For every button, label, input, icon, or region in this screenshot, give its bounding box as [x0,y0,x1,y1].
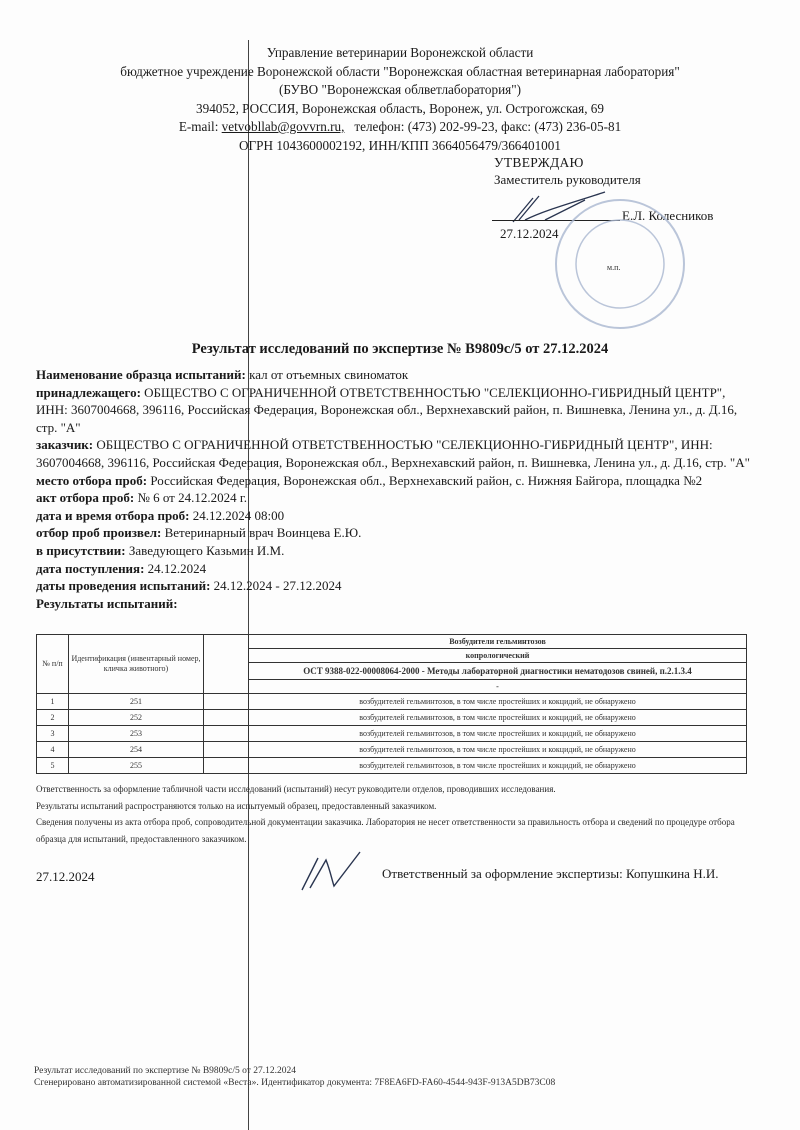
letterhead: Управление ветеринарии Воронежской облас… [0,44,800,155]
letterhead-line: (БУВО "Воронежская облветлаборатория") [0,81,800,100]
norm-cell: - [249,680,747,694]
field-sampling-act: акт отбора проб: № 6 от 24.12.2024 г. [36,489,758,507]
table-row: 5 255 возбудителей гельминтозов, в том ч… [37,758,747,774]
approval-block: УТВЕРЖДАЮ Заместитель руководителя [494,154,641,188]
ogrn-line: ОГРН 1043600002192, ИНН/КПП 3664056479/3… [0,137,800,156]
svg-text:м.п.: м.п. [607,263,620,272]
row-spacer [204,726,249,742]
row-result: возбудителей гельминтозов, в том числе п… [249,742,747,758]
document-title: Результат исследований по экспертизе № В… [0,341,800,358]
field-customer: заказчик: ОБЩЕСТВО С ОГРАНИЧЕННОЙ ОТВЕТС… [36,436,758,471]
row-num: 1 [37,694,69,710]
field-test-dates: даты проведения испытаний: 24.12.2024 - … [36,577,758,595]
letterhead-line: Управление ветеринарии Воронежской облас… [0,44,800,63]
row-num: 5 [37,758,69,774]
approval-position: Заместитель руководителя [494,171,641,188]
note: Результаты испытаний распространяются то… [36,798,766,815]
generated-footer: Результат исследований по экспертизе № В… [34,1065,555,1089]
footer-reference: Результат исследований по экспертизе № В… [34,1065,555,1077]
responsible-person: Ответственный за оформление экспертизы: … [382,866,718,882]
field-results-heading: Результаты испытаний: [36,595,758,613]
row-result: возбудителей гельминтозов, в том числе п… [249,694,747,710]
row-id: 255 [69,758,204,774]
phone-fax: телефон: (473) 202-99-23, факс: (473) 23… [354,119,621,134]
row-id: 252 [69,710,204,726]
row-num: 3 [37,726,69,742]
row-spacer [204,694,249,710]
row-spacer [204,742,249,758]
note: Сведения получены из акта отбора проб, с… [36,814,766,847]
email-link[interactable]: vetvobllab@govvrn.ru, [222,119,345,134]
row-id: 254 [69,742,204,758]
method-type: копрологический [249,649,747,663]
disclaimer-notes: Ответственность за оформление табличной … [36,781,766,847]
footer-date: 27.12.2024 [36,869,95,885]
row-num: 4 [37,742,69,758]
table-row: 3 253 возбудителей гельминтозов, в том ч… [37,726,747,742]
table-row: 1 251 возбудителей гельминтозов, в том ч… [37,694,747,710]
field-received-date: дата поступления: 24.12.2024 [36,560,758,578]
row-result: возбудителей гельминтозов, в том числе п… [249,758,747,774]
row-spacer [204,710,249,726]
field-sample-name: Наименование образца испытаний: кал от о… [36,366,758,384]
document-page: Управление ветеринарии Воронежской облас… [0,0,800,1130]
row-spacer [204,758,249,774]
group-header: Возбудители гельминтозов [249,635,747,649]
field-sampled-by: отбор проб произвел: Ветеринарный врач В… [36,524,758,542]
signature-icon [296,850,366,895]
footer-identifier: Сгенерировано автоматизированной системо… [34,1077,555,1089]
contacts-line: E-mail: vetvobllab@govvrn.ru, телефон: (… [0,118,800,137]
letterhead-line: 394052, РОССИЯ, Воронежская область, Вор… [0,100,800,119]
col-num-header: № п/п [37,635,69,694]
row-result: возбудителей гельминтозов, в том числе п… [249,726,747,742]
letterhead-line: бюджетное учреждение Воронежской области… [0,63,800,82]
email-label: E-mail: [179,119,219,134]
field-presence: в присутствии: Заведующего Казьмин И.М. [36,542,758,560]
row-result: возбудителей гельминтозов, в том числе п… [249,710,747,726]
col-spacer [204,635,249,694]
sample-info: Наименование образца испытаний: кал от о… [36,366,758,612]
col-id-header: Идентификация (инвентарный номер, кличка… [69,635,204,694]
method-standard: ОСТ 9388-022-00008064-2000 - Методы лабо… [249,663,747,680]
results-table: № п/п Идентификация (инвентарный номер, … [36,634,747,774]
field-sampling-datetime: дата и время отбора проб: 24.12.2024 08:… [36,507,758,525]
row-id: 253 [69,726,204,742]
field-sampling-place: место отбора проб: Российская Федерация,… [36,472,758,490]
note: Ответственность за оформление табличной … [36,781,766,798]
approval-title: УТВЕРЖДАЮ [494,154,641,171]
row-num: 2 [37,710,69,726]
row-id: 251 [69,694,204,710]
field-owner: принадлежащего: ОБЩЕСТВО С ОГРАНИЧЕННОЙ … [36,384,758,437]
table-header-row: № п/п Идентификация (инвентарный номер, … [37,635,747,649]
seal-stamp-icon: м.п. [545,196,695,331]
table-row: 2 252 возбудителей гельминтозов, в том ч… [37,710,747,726]
table-row: 4 254 возбудителей гельминтозов, в том ч… [37,742,747,758]
